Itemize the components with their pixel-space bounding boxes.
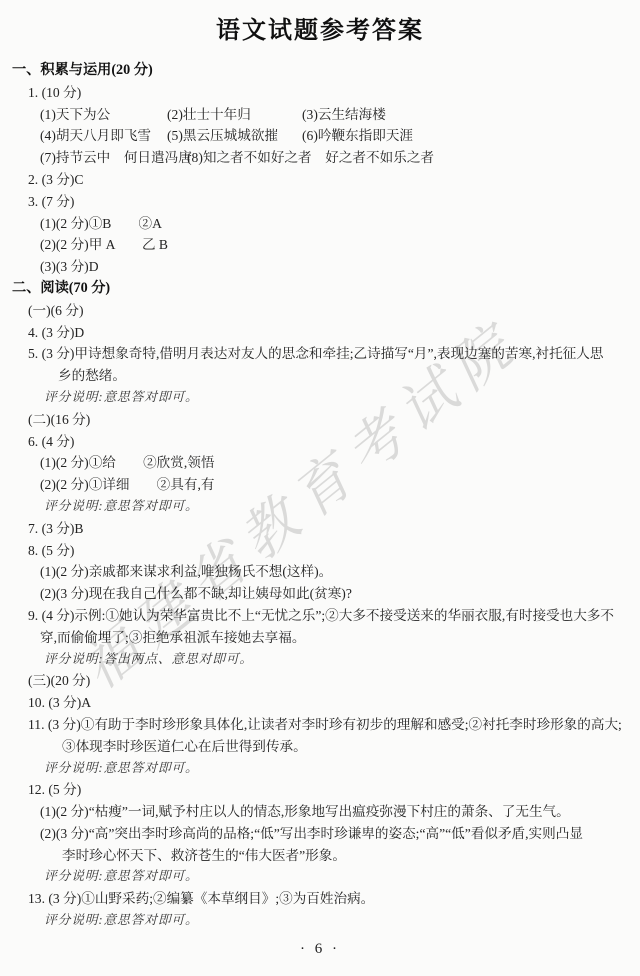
- answer-line: (三)(20 分): [0, 670, 634, 692]
- answer-line: (一)(6 分): [0, 300, 634, 322]
- answer-line: (1)(2 分)①给 ②欣赏,领悟: [0, 452, 634, 474]
- answer-line: (7)持节云中 何日遣冯唐(8)知之者不如好之者 好之者不如乐之者: [0, 147, 634, 169]
- answer-line: 3. (7 分): [0, 191, 634, 213]
- answer-line: 7. (3 分)B: [0, 518, 634, 540]
- answer-line: 6. (4 分): [0, 431, 634, 453]
- answer-line: 8. (5 分): [0, 540, 634, 562]
- answer-line: 1. (10 分): [0, 82, 634, 104]
- answer-line: 12. (5 分): [0, 779, 634, 801]
- answer-line-col: (6)吟鞭东指即天涯: [302, 125, 413, 147]
- answer-line-col: (8)知之者不如好之者 好之者不如乐之者: [187, 147, 434, 169]
- answer-line: 评分说明:意思答对即可。: [0, 910, 634, 932]
- answer-line: (4)胡天八月即飞雪(5)黑云压城城欲摧(6)吟鞭东指即天涯: [0, 125, 634, 147]
- answer-lines: 一、积累与运用(20 分)1. (10 分)(1)天下为公(2)壮士十年归(3)…: [0, 60, 640, 932]
- answer-line: 13. (3 分)①山野采药;②编纂《本草纲目》;③为百姓治病。: [0, 888, 634, 910]
- answer-line: (1)天下为公(2)壮士十年归(3)云生结海楼: [0, 104, 634, 126]
- answer-line: 9. (4 分)示例:①她认为荣华富贵比不上“无忧之乐”;②大多不接受送来的华丽…: [0, 605, 634, 649]
- answer-line: (2)(3 分)“高”突出李时珍高尚的品格;“低”写出李时珍谦卑的姿态;“高”“…: [0, 823, 634, 867]
- answer-line: 5. (3 分)甲诗想象奇特,借明月表达对友人的思念和牵挂;乙诗描写“月”,表现…: [0, 343, 634, 387]
- answer-line: (2)(3 分)现在我自己什么都不缺,却让姨母如此(贫寒)?: [0, 583, 634, 605]
- answer-line: 11. (3 分)①有助于李时珍形象具体化,让读者对李时珍有初步的理解和感受;②…: [0, 714, 634, 758]
- page-number: · 6 ·: [0, 941, 640, 958]
- answer-line: 评分说明:意思答对即可。: [0, 387, 634, 409]
- answer-line: (二)(16 分): [0, 409, 634, 431]
- answer-line: 二、阅读(70 分): [0, 278, 634, 300]
- answer-line: 4. (3 分)D: [0, 322, 634, 344]
- answer-line: (1)(2 分)“枯瘦”一词,赋予村庄以人的情态,形象地写出瘟疫弥漫下村庄的萧条…: [0, 801, 634, 823]
- answer-line: (3)(3 分)D: [0, 256, 634, 278]
- answer-line-col: (3)云生结海楼: [302, 104, 386, 126]
- answer-line-col: (2)壮士十年归: [167, 104, 251, 126]
- page-title: 语文试题参考答案: [0, 0, 640, 46]
- answer-line-col: (4)胡天八月即飞雪: [40, 125, 151, 147]
- answer-line: 评分说明:答出两点、意思对即可。: [0, 649, 634, 671]
- answer-line: 评分说明:意思答对即可。: [0, 758, 634, 780]
- answer-line: 2. (3 分)C: [0, 169, 634, 191]
- answer-line: 10. (3 分)A: [0, 692, 634, 714]
- answer-line-col: (5)黑云压城城欲摧: [167, 125, 278, 147]
- answer-line: 一、积累与运用(20 分): [0, 60, 634, 82]
- answer-line: (1)(2 分)①B ②A: [0, 213, 634, 235]
- answer-line: 评分说明:意思答对即可。: [0, 496, 634, 518]
- answer-line: (2)(2 分)①详细 ②具有,有: [0, 474, 634, 496]
- answer-line: (1)(2 分)亲戚都来谋求利益,唯独杨氏不想(这样)。: [0, 561, 634, 583]
- exam-answer-page: 福建省教育考试院 语文试题参考答案 一、积累与运用(20 分)1. (10 分)…: [0, 0, 640, 976]
- answer-line: 评分说明:意思答对即可。: [0, 866, 634, 888]
- answer-line-col: (1)天下为公: [40, 104, 110, 126]
- answer-line-col: (7)持节云中 何日遣冯唐: [40, 147, 192, 169]
- answer-line: (2)(2 分)甲 A 乙 B: [0, 234, 634, 256]
